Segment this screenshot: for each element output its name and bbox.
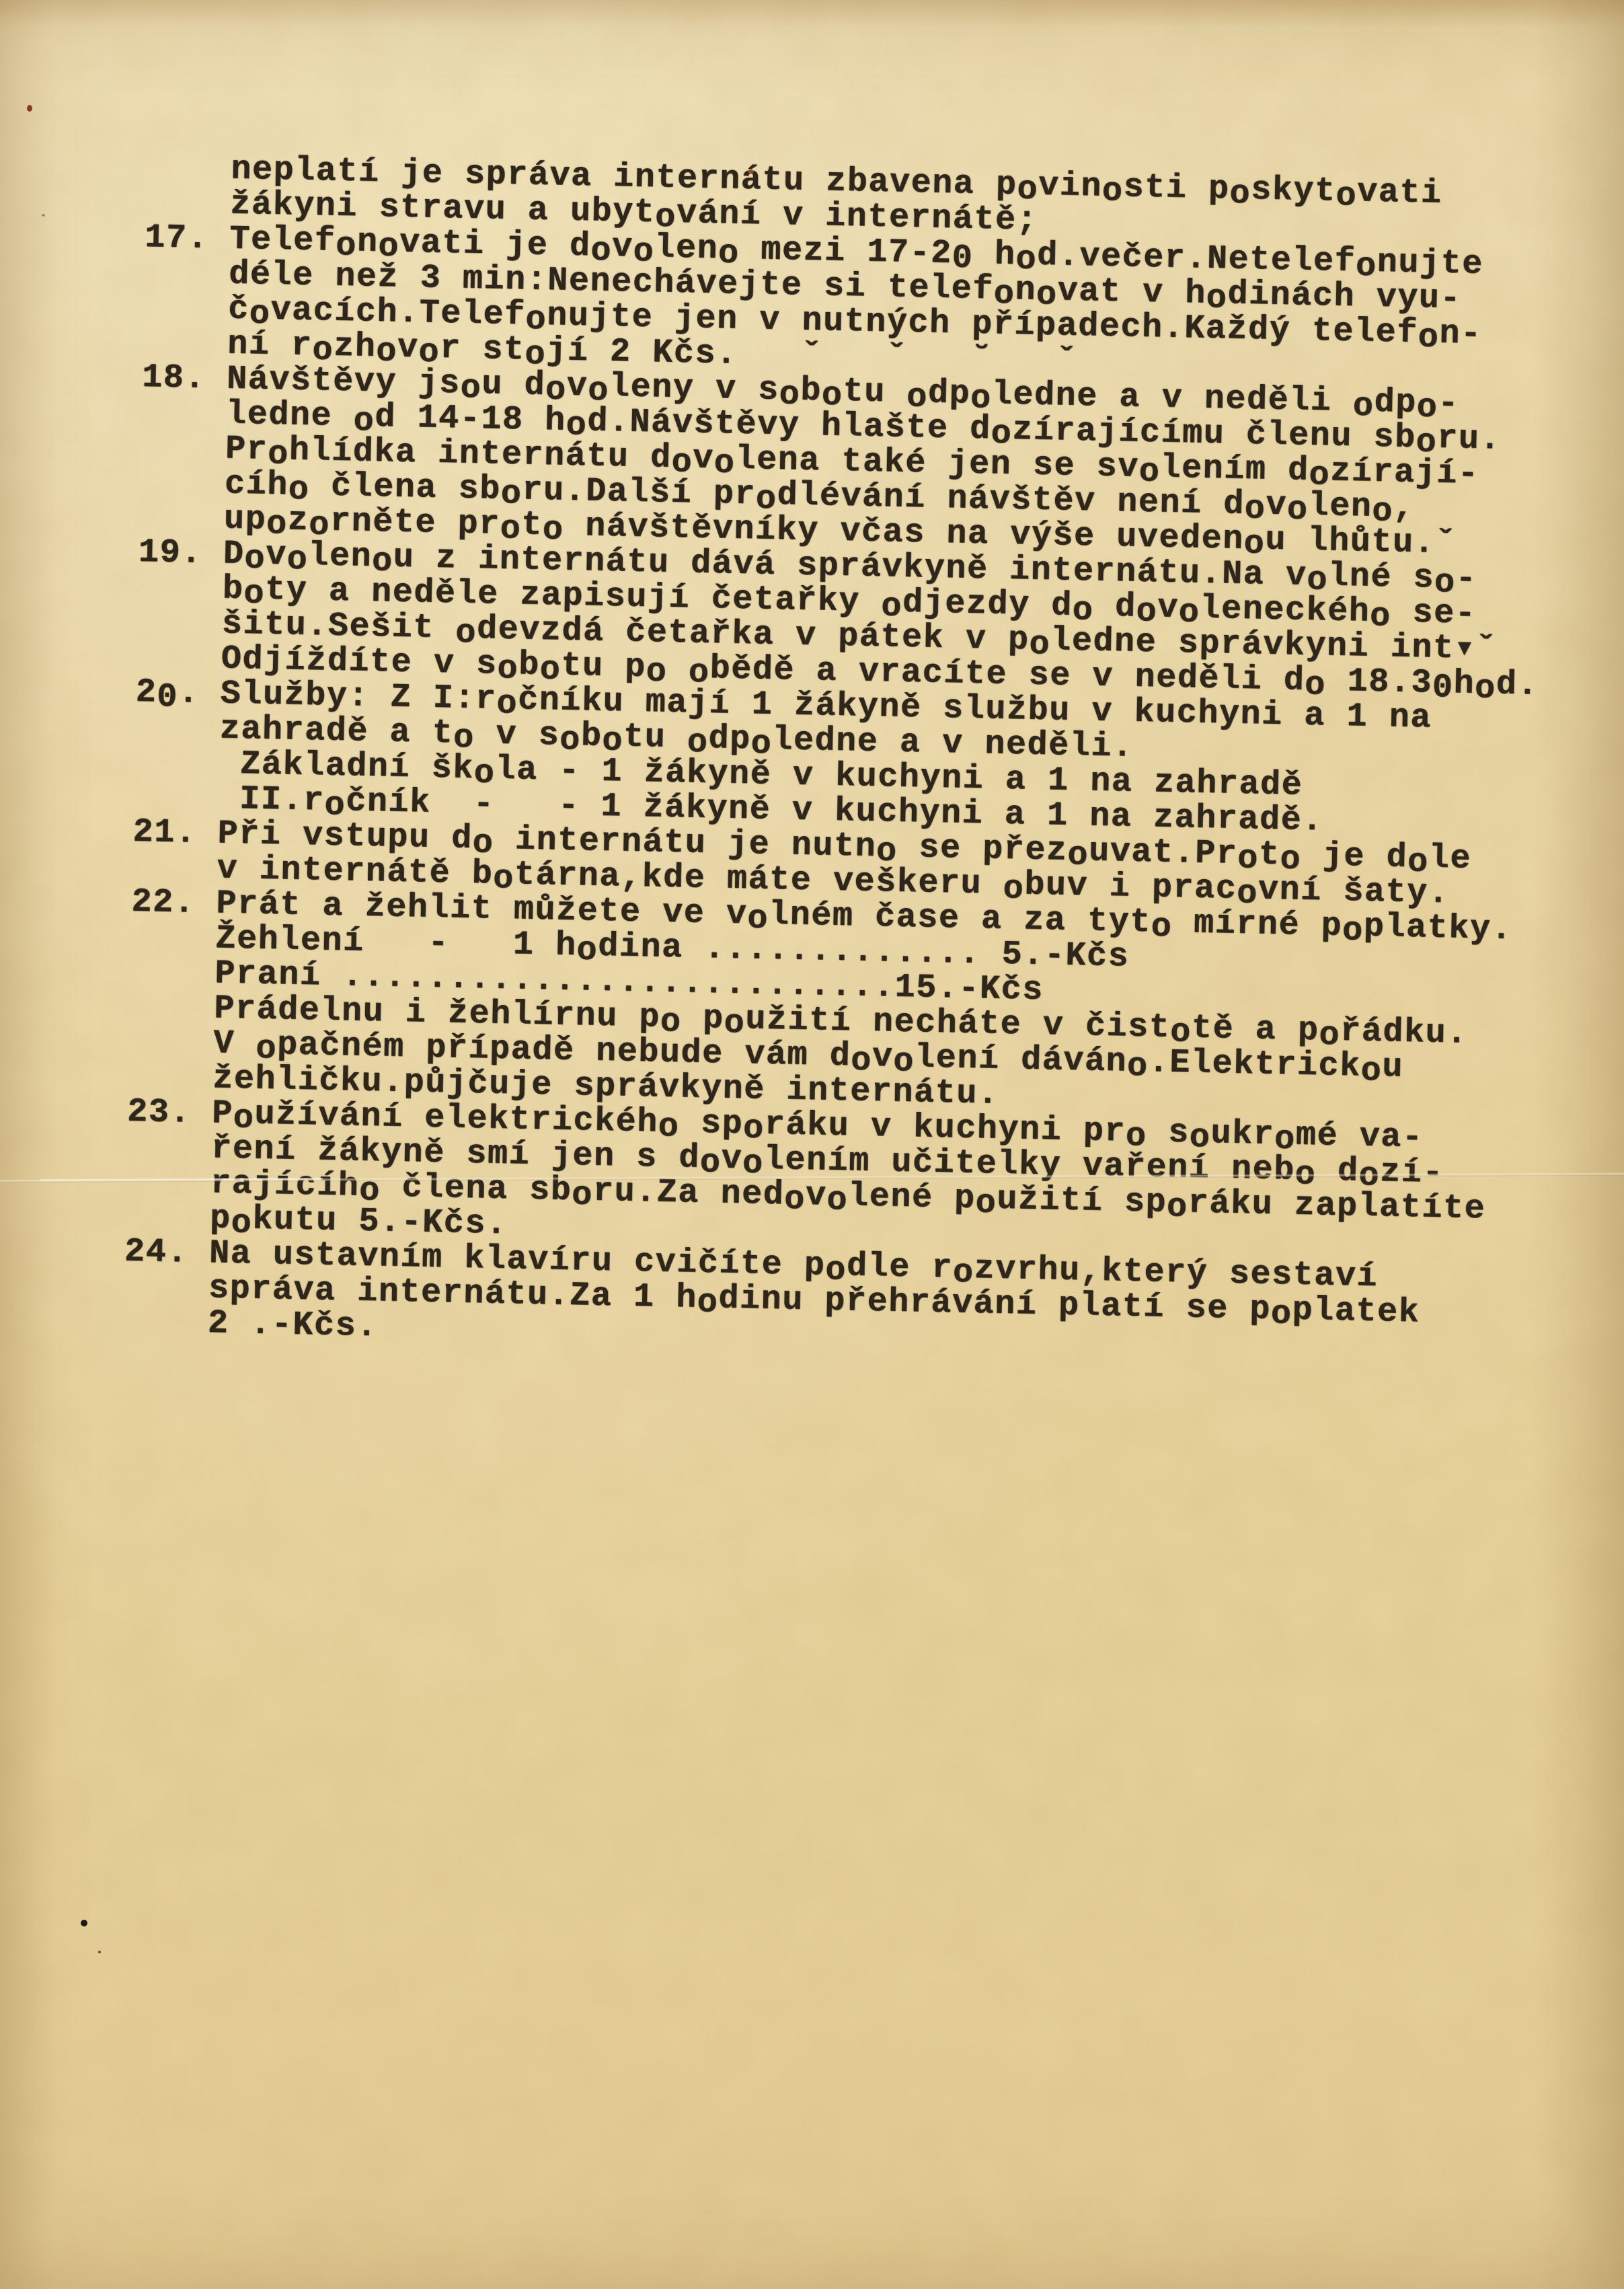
rules-list: neplatí je správa internátu zbavena povi… <box>123 151 1579 1368</box>
ink-speck <box>27 105 32 112</box>
item-number: 20. <box>135 675 200 712</box>
item-number: 21. <box>132 815 197 852</box>
ink-speck <box>81 1920 87 1926</box>
ink-speck <box>98 1951 101 1953</box>
item-number: 19. <box>138 535 202 572</box>
item-number: 18. <box>142 361 206 397</box>
list-item: 18.Návštěvy jsou dovoleny v sobotu odpol… <box>139 361 1575 564</box>
scanned-document-page: neplatí je správa internátu zbavena povi… <box>0 0 1624 2289</box>
ink-speck <box>42 214 45 217</box>
list-item: 22.Prát a žehlit můžete ve volném čase a… <box>128 885 1564 1124</box>
item-number: 22. <box>131 885 196 922</box>
item-number: 17. <box>145 221 209 257</box>
item-number: 24. <box>124 1235 189 1271</box>
ink-speck <box>748 170 754 174</box>
item-number: 23. <box>127 1095 192 1131</box>
